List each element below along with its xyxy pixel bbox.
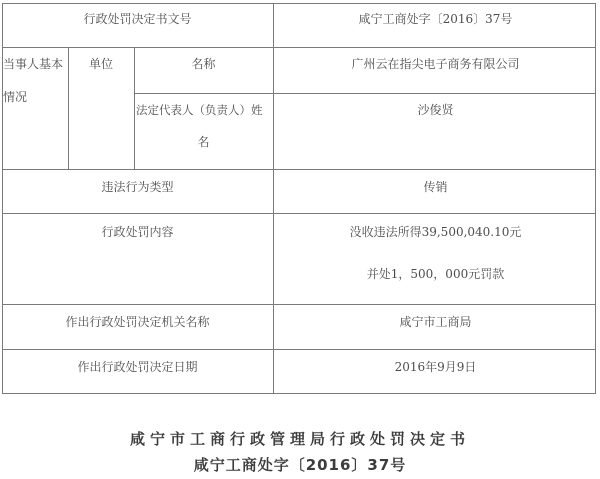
authority-value: 咸宁市工商局: [275, 315, 596, 329]
unit-label: 单位: [68, 57, 134, 71]
row-divider: [2, 47, 596, 48]
legal-rep-label-line2: 名: [134, 135, 273, 149]
row-divider: [134, 93, 596, 94]
row-divider: [2, 349, 596, 350]
party-label-line2: 情况: [3, 90, 27, 104]
date-value: 2016年9月9日: [275, 360, 596, 374]
column-divider: [273, 3, 274, 394]
doc-number-label: 行政处罚决定书文号: [2, 12, 273, 26]
date-label: 作出行政处罚决定日期: [2, 360, 273, 374]
name-value: 广州云在指尖电子商务有限公司: [275, 57, 596, 71]
violation-type-value: 传销: [275, 180, 596, 194]
legal-rep-value: 沙俊贤: [275, 103, 596, 117]
penalty-content-label: 行政处罚内容: [2, 225, 273, 239]
doc-number-value: 咸宁工商处字〔2016〕37号: [275, 12, 596, 26]
row-divider: [2, 213, 596, 214]
row-divider: [2, 304, 596, 305]
penalty-content-line2: 并处1，500，000元罚款: [275, 267, 596, 281]
document-number: 咸宁工商处字〔2016〕37号: [0, 454, 600, 475]
name-label: 名称: [134, 57, 273, 71]
legal-rep-label-line1: 法定代表人（负责人）姓: [136, 103, 276, 117]
party-label-line1: 当事人基本: [3, 57, 63, 71]
authority-label: 作出行政处罚决定机关名称: [2, 315, 273, 329]
penalty-content-line1: 没收违法所得39,500,040.10元: [275, 225, 596, 239]
row-divider: [2, 169, 596, 170]
violation-type-label: 违法行为类型: [2, 180, 273, 194]
document-title: 咸宁市工商行政管理局行政处罚决定书: [0, 428, 600, 449]
